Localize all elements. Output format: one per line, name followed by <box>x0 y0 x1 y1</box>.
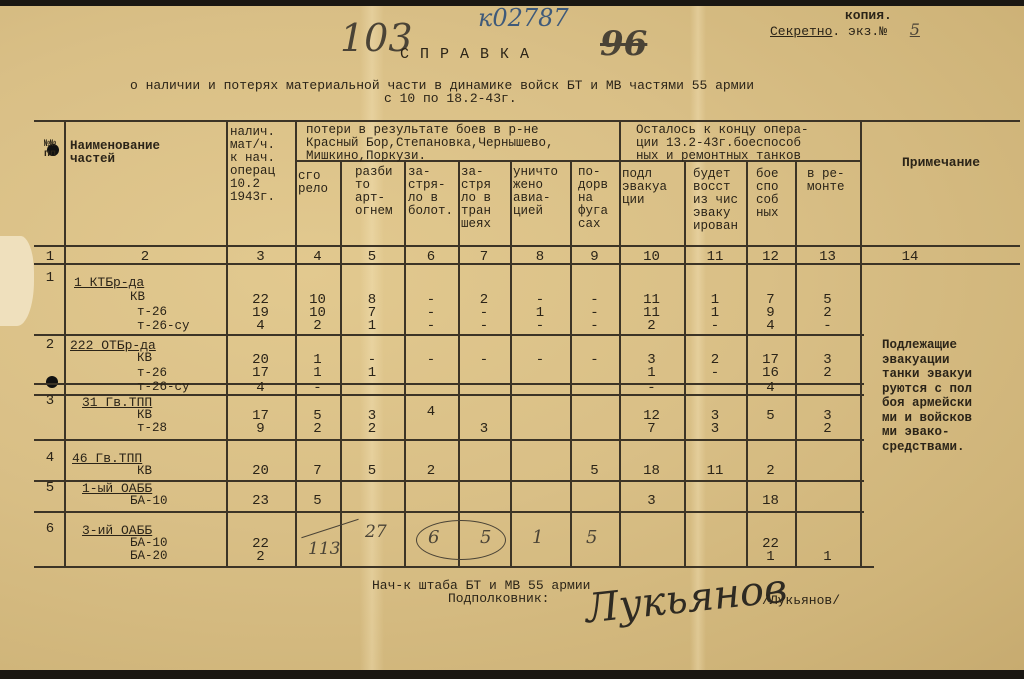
header-col-12: бое спо соб ных <box>756 168 779 220</box>
cell-c11: 11 <box>684 465 746 479</box>
cell-c11: - <box>684 320 746 334</box>
col-number: 11 <box>684 251 746 265</box>
table-border-bottom <box>34 566 874 568</box>
vehicle-type: БА-10 <box>130 495 168 508</box>
cell-c5: 2 <box>340 423 404 437</box>
header-col-8: уничто жено авиа- цией <box>513 166 558 218</box>
handwritten-crossed-number: 96 <box>600 24 647 64</box>
cell-c12: 1 <box>746 551 795 565</box>
col-number: 6 <box>404 251 458 265</box>
col-line <box>860 120 862 566</box>
col-number: 5 <box>340 251 404 265</box>
cell-c3: 4 <box>226 382 295 396</box>
vehicle-type: КВ <box>137 465 152 478</box>
vehicle-type: т-26-су <box>137 320 190 333</box>
vehicle-type: КВ <box>137 352 152 365</box>
header-col-6: за- стря- ло в болот. <box>408 166 453 218</box>
note-text: Подлежащие эвакуации танки эвакуи руются… <box>882 338 972 454</box>
cell-c4: 5 <box>295 495 340 509</box>
secret-stamp: Секретно. экз.№ 5 <box>770 23 935 38</box>
cell-c4: 1 <box>295 367 340 381</box>
vehicle-type: КВ <box>130 291 145 304</box>
handwritten-total-c6: 6 <box>428 527 439 548</box>
cell-c7: - <box>458 320 510 334</box>
header-col-3: налич. мат/ч. к нач. операц 10.2 1943г. <box>230 126 275 204</box>
row-number: 2 <box>36 339 64 353</box>
cell-c12: 4 <box>746 382 795 396</box>
cell-c10: 1 <box>619 367 684 381</box>
col-number: 3 <box>226 251 295 265</box>
cell-c8: - <box>510 354 570 368</box>
row-divider <box>34 439 864 441</box>
signatory-name: /Лукьянов/ <box>762 594 840 607</box>
handwritten-total-c8: 1 <box>532 527 543 548</box>
cell-c3: 20 <box>226 465 295 479</box>
cell-c5: 5 <box>340 465 404 479</box>
document-page: 103 к02787 96 копия. Секретно. экз.№ 5 С… <box>0 6 1024 670</box>
header-divider <box>34 245 1020 247</box>
col-number: 10 <box>619 251 684 265</box>
row-number: 3 <box>36 395 64 409</box>
row-number: 4 <box>36 452 64 466</box>
cell-c4: 2 <box>295 320 340 334</box>
punch-hole <box>46 376 58 388</box>
header-col-10: подл эвакуа ции <box>622 168 667 207</box>
handwritten-signature: Лукьянов <box>583 566 789 633</box>
cell-c10: 7 <box>619 423 684 437</box>
col-number: 14 <box>860 251 960 265</box>
handwritten-total-c7: 5 <box>480 527 491 548</box>
cell-c13: - <box>795 320 860 334</box>
cell-c6: 4 <box>404 406 458 420</box>
header-col-13: в ре- монте <box>807 168 845 194</box>
cell-c3: 9 <box>226 423 295 437</box>
cell-c13: 2 <box>795 367 860 381</box>
cell-c6: 2 <box>404 465 458 479</box>
vehicle-type: т-28 <box>137 422 167 435</box>
cell-c4: 7 <box>295 465 340 479</box>
header-col-2: Наименование частей <box>70 140 160 166</box>
vehicle-type: БА-20 <box>130 550 168 563</box>
cell-c9: - <box>570 354 619 368</box>
header-remaining-group: Осталось к концу опера- ции 13.2-43г.бое… <box>636 124 809 163</box>
cell-c8: - <box>510 320 570 334</box>
col-number: 13 <box>795 251 860 265</box>
col-number: 4 <box>295 251 340 265</box>
handwritten-total-c4: 113 <box>308 539 340 559</box>
cell-c10: 18 <box>619 465 684 479</box>
secret-label: Секретно <box>770 24 832 39</box>
cell-c9: 5 <box>570 465 619 479</box>
header-col-14: Примечание <box>862 156 1020 169</box>
copy-label: копия. <box>845 9 892 22</box>
col-number: 8 <box>510 251 570 265</box>
header-col-4: сго рело <box>298 170 328 196</box>
cell-c4: - <box>295 382 340 396</box>
row-divider <box>34 334 864 336</box>
cell-c5: 1 <box>340 320 404 334</box>
cell-c6: - <box>404 320 458 334</box>
header-losses-group: потери в результате боев в р-не Красный … <box>306 124 554 163</box>
cell-c12: 5 <box>746 410 795 424</box>
cell-c12: 2 <box>746 465 795 479</box>
cell-c10: 2 <box>619 320 684 334</box>
cell-c3: 2 <box>226 551 295 565</box>
row-divider <box>34 511 864 513</box>
header-col-5: разби то арт- огнем <box>355 166 393 218</box>
torn-edge <box>0 236 34 326</box>
document-date-range: с 10 по 18.2-43г. <box>384 92 517 105</box>
cell-c4: 2 <box>295 423 340 437</box>
handwritten-total-c5: 27 <box>365 522 387 542</box>
col-number: 2 <box>64 251 226 265</box>
cell-c7: - <box>458 354 510 368</box>
col-number: 1 <box>36 251 64 265</box>
paper-fold <box>360 6 384 670</box>
cell-c3: 23 <box>226 495 295 509</box>
row-number: 1 <box>36 272 64 286</box>
copy-no-label: . экз.№ <box>832 24 887 39</box>
table-border-top <box>34 120 1020 122</box>
cell-c11: 3 <box>684 423 746 437</box>
header-col-11: будет восст из чис эваку ирован <box>693 168 738 233</box>
unit-name: 1 КТБр-да <box>74 276 144 289</box>
paper-fold <box>690 6 706 670</box>
vehicle-type: т-26-су <box>137 381 190 394</box>
cell-c12: 18 <box>746 495 795 509</box>
cell-c13: 1 <box>795 551 860 565</box>
col-number: 7 <box>458 251 510 265</box>
header-col-7: за- стря ло в тран шеях <box>461 166 491 231</box>
cell-c13: 2 <box>795 423 860 437</box>
unit-name: 46 Гв.ТПП <box>72 452 142 465</box>
cell-c7: 3 <box>458 423 510 437</box>
header-col-9: по- дорв на фуга сах <box>578 166 608 231</box>
row-number: 5 <box>36 482 64 496</box>
col-line <box>64 120 66 566</box>
row-divider <box>34 394 864 396</box>
cell-c10: - <box>619 382 684 396</box>
vehicle-type: т-26 <box>137 306 167 319</box>
cell-c12: 4 <box>746 320 795 334</box>
vehicle-type: т-26 <box>137 367 167 380</box>
col-number: 12 <box>746 251 795 265</box>
row-number: 6 <box>36 523 64 537</box>
cell-c3: 4 <box>226 320 295 334</box>
cell-c5: 1 <box>340 367 404 381</box>
row-divider <box>34 480 864 482</box>
cell-c12: 16 <box>746 367 795 381</box>
handwritten-archive-code: к02787 <box>478 4 569 32</box>
signature-rank: Подполковник: <box>448 592 549 605</box>
cell-c9: - <box>570 320 619 334</box>
handwritten-total-c9: 5 <box>586 527 597 548</box>
copy-no-value: 5 <box>895 23 935 36</box>
col-number: 9 <box>570 251 619 265</box>
cell-c11: - <box>684 367 746 381</box>
cell-c10: 3 <box>619 495 684 509</box>
cell-c6: - <box>404 354 458 368</box>
header-col-1: №№ пп <box>36 140 64 160</box>
handwritten-slash <box>301 519 358 538</box>
cell-c3: 17 <box>226 367 295 381</box>
document-title: С П Р А В К А <box>400 48 530 61</box>
